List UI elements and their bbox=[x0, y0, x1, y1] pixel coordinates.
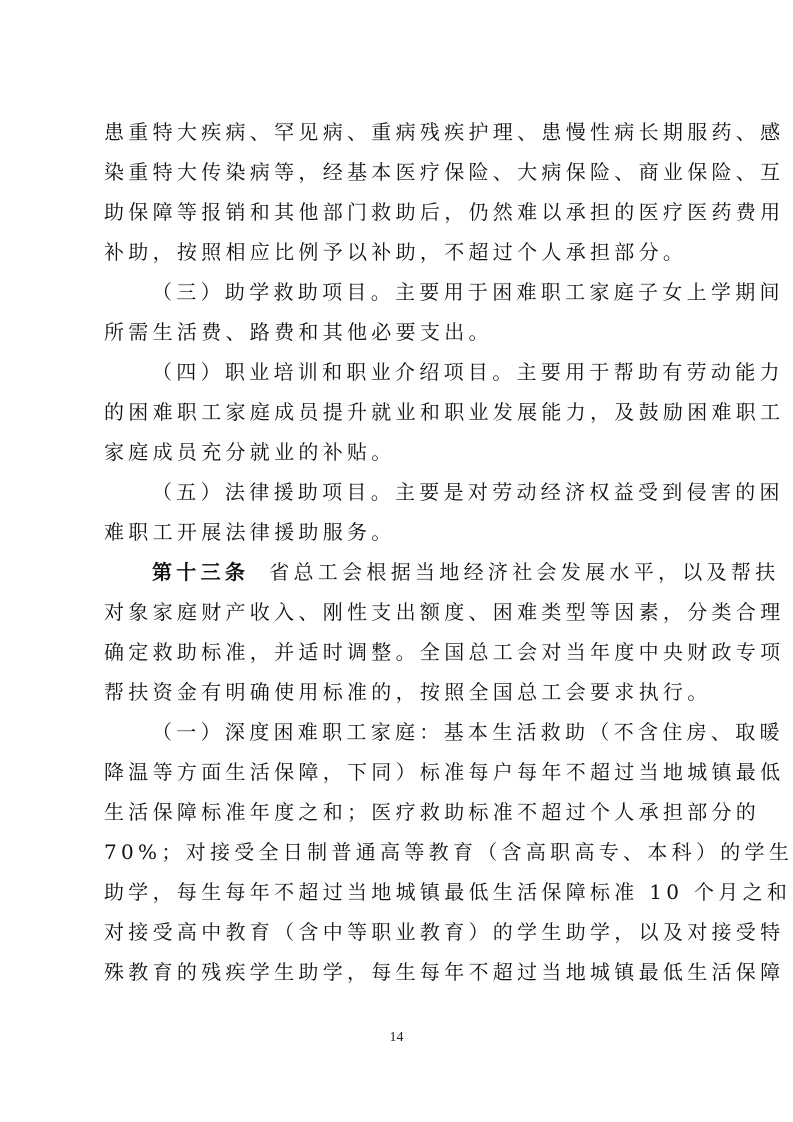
text-line: 降温等方面生活保障，下同）标准每户每年不超过当地城镇最低 bbox=[104, 752, 694, 792]
text-line: 确定救助标准，并适时调整。全国总工会对当年度中央财政专项 bbox=[104, 632, 694, 672]
article-13-start: 第十三条省总工会根据当地经济社会发展水平，以及帮扶 bbox=[104, 552, 694, 592]
text-line: 的困难职工家庭成员提升就业和职业发展能力，及鼓励困难职工 bbox=[104, 392, 694, 432]
text-line: 家庭成员充分就业的补贴。 bbox=[104, 432, 694, 472]
paragraph-item-1-start: （一）深度困难职工家庭：基本生活救助（不含住房、取暖 bbox=[104, 712, 694, 752]
text-line: 70%；对接受全日制普通高等教育（含高职高专、本科）的学生 bbox=[104, 832, 694, 872]
page-number: 14 bbox=[0, 1030, 793, 1046]
paragraph-item-3-start: （三）助学救助项目。主要用于困难职工家庭子女上学期间 bbox=[104, 272, 694, 312]
paragraph-item-5-start: （五）法律援助项目。主要是对劳动经济权益受到侵害的困 bbox=[104, 472, 694, 512]
text-line: 对接受高中教育（含中等职业教育）的学生助学，以及对接受特 bbox=[104, 912, 694, 952]
text-line: 殊教育的残疾学生助学，每生每年不超过当地城镇最低生活保障 bbox=[104, 952, 694, 992]
text-line: 补助，按照相应比例予以补助，不超过个人承担部分。 bbox=[104, 232, 694, 272]
text-line: 患重特大疾病、罕见病、重病残疾护理、患慢性病长期服药、感 bbox=[104, 112, 694, 152]
article-text: 省总工会根据当地经济社会发展水平，以及帮扶 bbox=[269, 560, 779, 584]
text-line: 助保障等报销和其他部门救助后，仍然难以承担的医疗医药费用 bbox=[104, 192, 694, 232]
text-line: 所需生活费、路费和其他必要支出。 bbox=[104, 312, 694, 352]
text-line: 助学，每生每年不超过当地城镇最低生活保障标准 10 个月之和； bbox=[104, 872, 694, 912]
paragraph-item-4-start: （四）职业培训和职业介绍项目。主要用于帮助有劳动能力 bbox=[104, 352, 694, 392]
article-heading: 第十三条 bbox=[152, 560, 249, 584]
document-body: 患重特大疾病、罕见病、重病残疾护理、患慢性病长期服药、感 染重特大传染病等，经基… bbox=[104, 112, 694, 992]
text-line: 染重特大传染病等，经基本医疗保险、大病保险、商业保险、互 bbox=[104, 152, 694, 192]
text-line: 生活保障标准年度之和；医疗救助标准不超过个人承担部分的 bbox=[104, 792, 694, 832]
text-line: 对象家庭财产收入、刚性支出额度、困难类型等因素，分类合理 bbox=[104, 592, 694, 632]
text-line: 帮扶资金有明确使用标准的，按照全国总工会要求执行。 bbox=[104, 672, 694, 712]
text-line: 难职工开展法律援助服务。 bbox=[104, 512, 694, 552]
